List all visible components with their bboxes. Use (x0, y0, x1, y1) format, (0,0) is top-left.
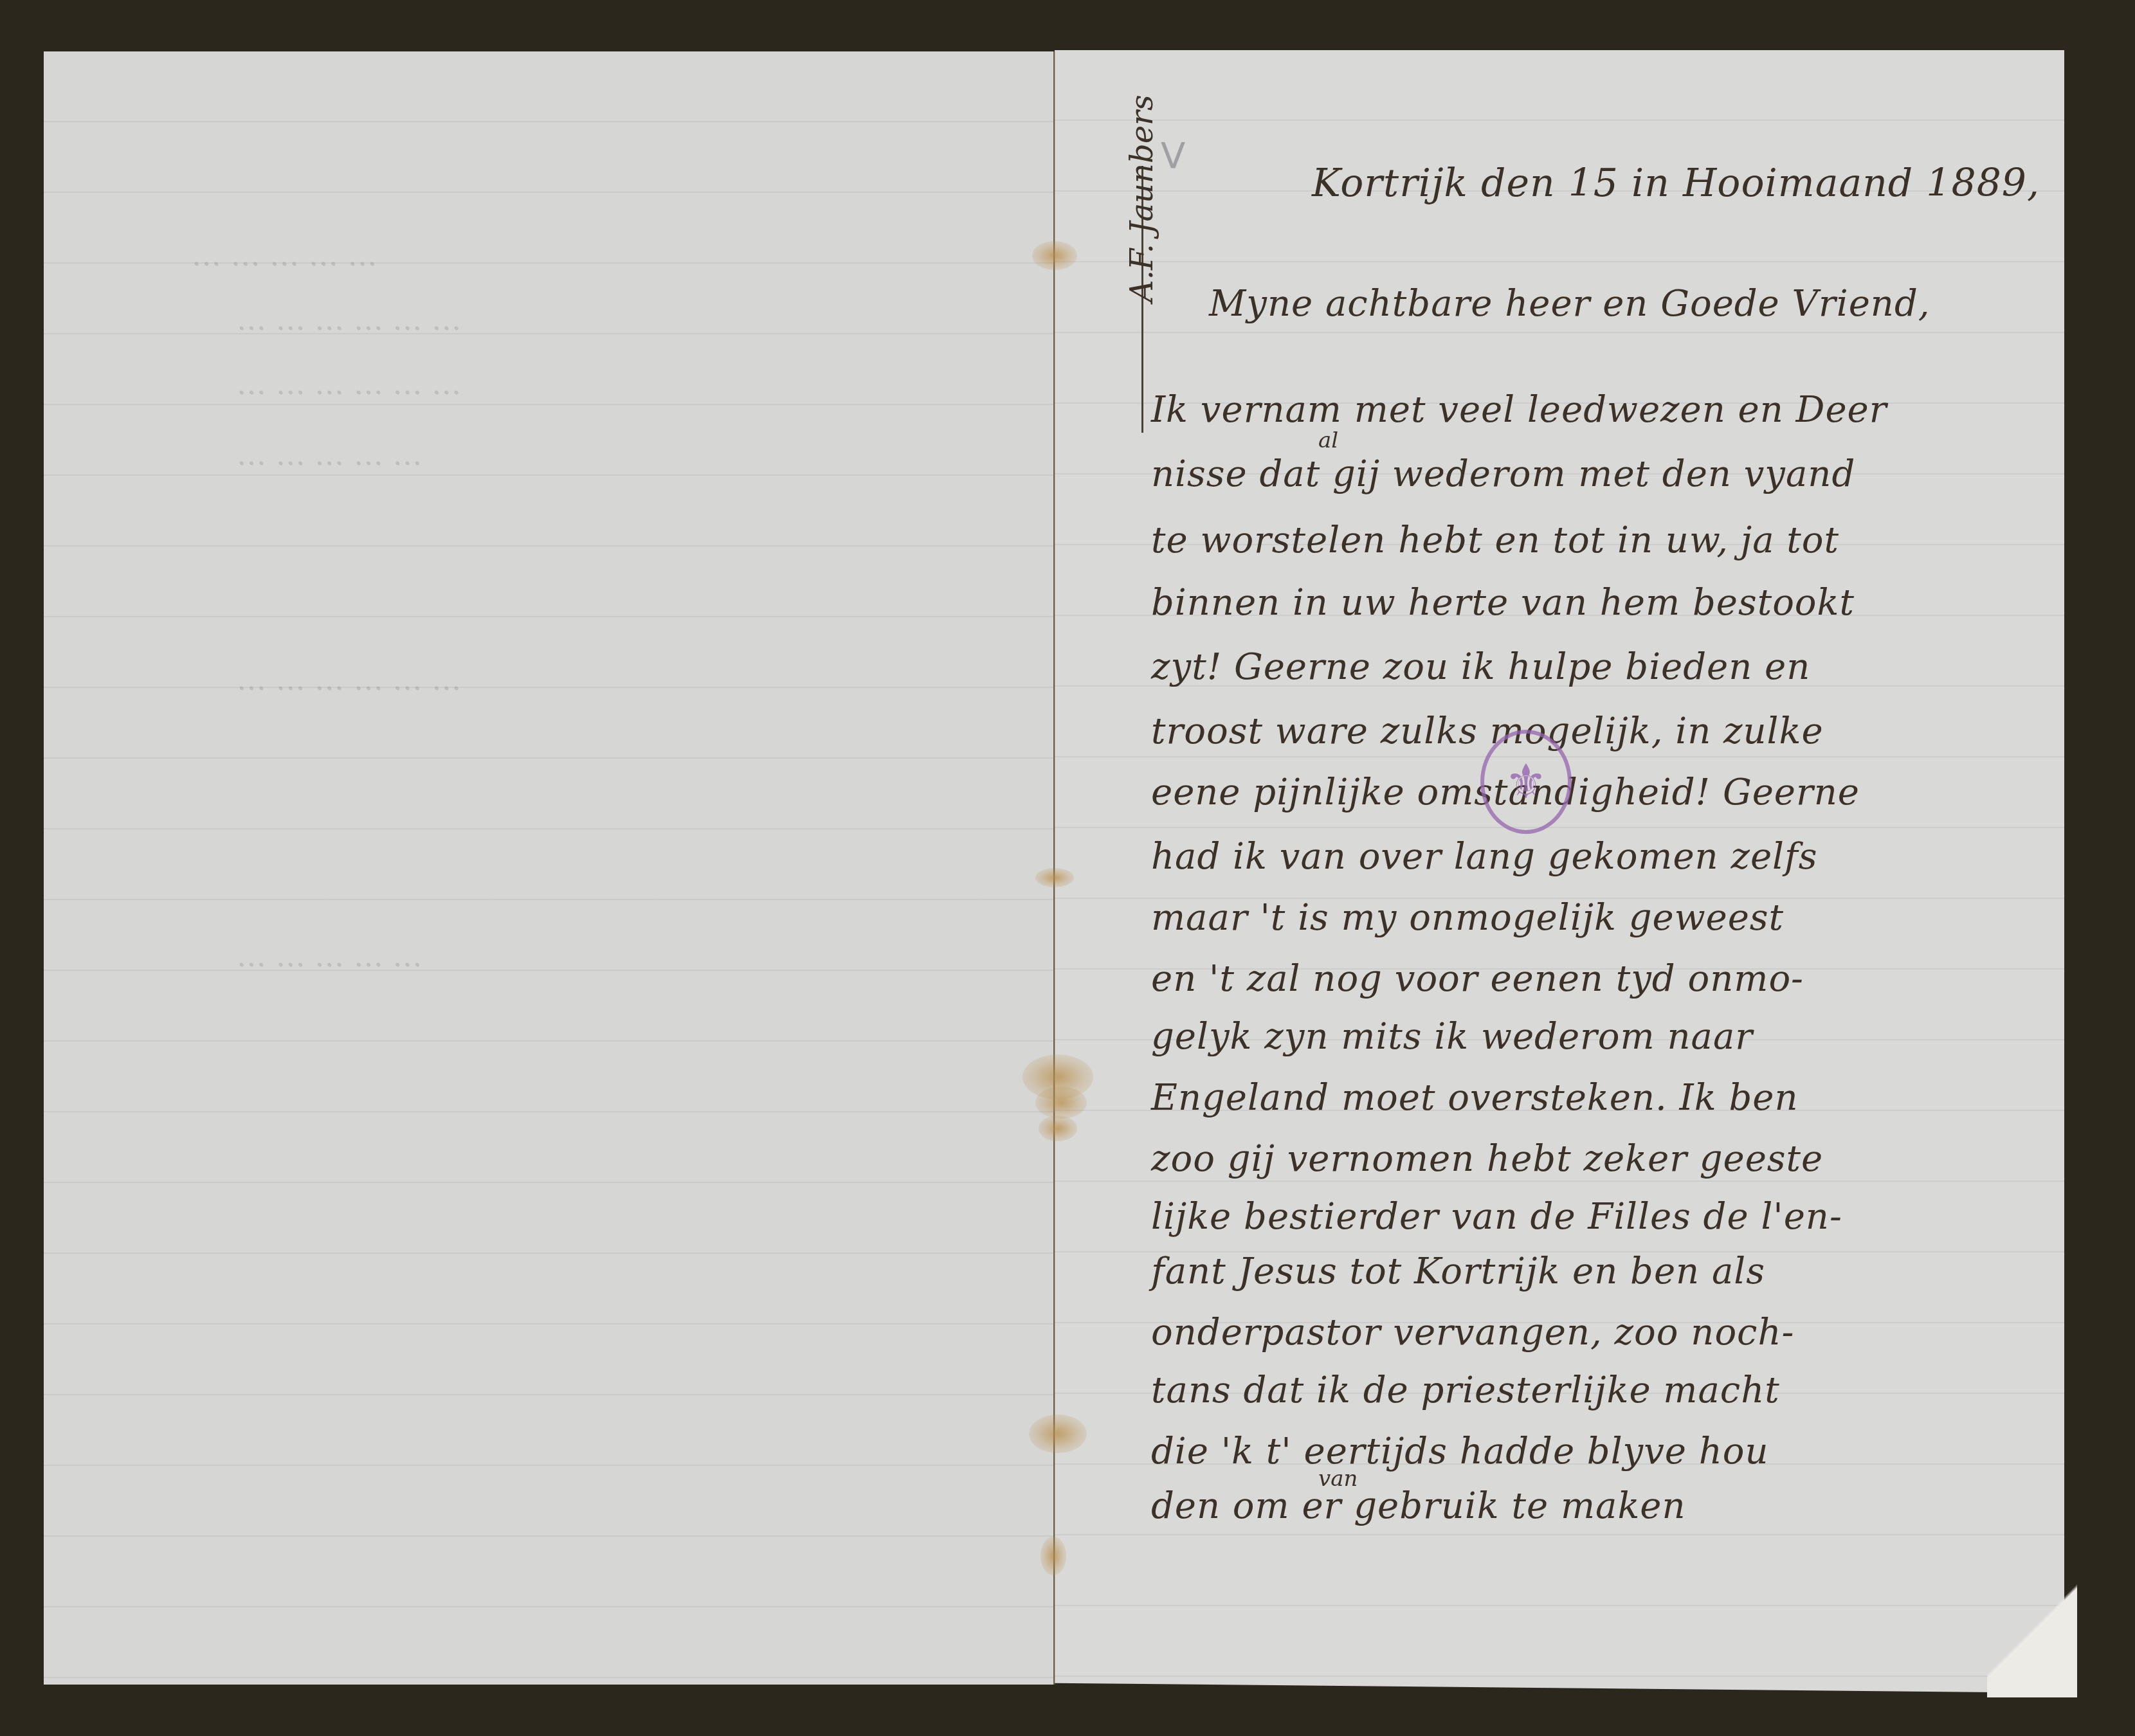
fleur-de-lis-icon: ⚜ (1505, 754, 1547, 809)
letter-body-line: binnen in uw herte van hem bestookt (1151, 582, 2051, 624)
letter-body-line: zoo gij vernomen hebt zeker geeste (1151, 1138, 2051, 1180)
interlinear-insert: al (1318, 428, 1338, 453)
bleed-through-line: … … … … … … (237, 302, 461, 337)
foxing-stain (1035, 868, 1074, 887)
bleed-through-line: … … … … … (237, 437, 422, 472)
letter-body-line: tans dat ik de priesterlijke macht (1151, 1370, 2051, 1411)
folded-corner (1987, 1569, 2077, 1697)
margin-signature: A.F. Jaunbers (1124, 95, 1160, 302)
letter-body-line: den om er gebruik te maken (1151, 1485, 2051, 1527)
letter-body-line: nisse dat gij wederom met den vyand (1151, 453, 2051, 495)
bleed-through-line: … … … … … … (237, 366, 461, 401)
bleed-through-line: … … … … … (237, 939, 422, 973)
letter-body-line: had ik van over lang gekomen zelfs (1151, 836, 2051, 878)
foxing-stain (1032, 241, 1077, 270)
ink-stamp: ⚜ (1480, 730, 1572, 834)
bleed-through-line: … … … … … (192, 238, 377, 273)
letter-body-line: en 't zal nog voor eenen tyd onmo- (1151, 958, 2051, 1000)
foxing-stain (1029, 1415, 1087, 1453)
letter-body-line: maar 't is my onmogelijk geweest (1151, 897, 2051, 939)
foxing-stain (1035, 1087, 1087, 1119)
letter-salutation: Myne achtbare heer en Goede Vriend, (1209, 283, 1931, 325)
letter-body-line: troost ware zulks mogelijk, in zulke (1151, 710, 2051, 752)
letter-body-line: gelyk zyn mits ik wederom naar (1151, 1016, 2051, 1058)
letter-body-line: eene pijnlijke omstandigheid! Geerne (1151, 772, 2051, 813)
letter-body-line: zyt! Geerne zou ik hulpe bieden en (1151, 646, 2051, 688)
bleed-through-line: … … … … … … (237, 662, 461, 697)
foxing-stain (1039, 1116, 1077, 1141)
letter-body-line: Engeland moet oversteken. Ik ben (1151, 1077, 2051, 1119)
letter-body-line: die 'k t' eertijds hadde blyve hou (1151, 1431, 2051, 1472)
letter-body-line: fant Jesus tot Kortrijk en ben als (1151, 1251, 2051, 1292)
document-scan: … … … … … … … … … … … … … … … … … … … … … (0, 0, 2135, 1736)
foxing-stain (1040, 1537, 1066, 1575)
letter-dateline: Kortrijk den 15 in Hooimaand 1889, (1312, 161, 2040, 206)
letter-body-line: Ik vernam met veel leedwezen en Deer (1151, 389, 2051, 431)
margin-check-mark: V (1161, 135, 1185, 177)
letter-body-line: lijke bestierder van de Filles de l'en- (1151, 1196, 2051, 1238)
left-page: … … … … … … … … … … … … … … … … … … … … … (44, 51, 1053, 1685)
interlinear-insert: van (1318, 1466, 1358, 1492)
letter-body-line: te worstelen hebt en tot in uw, ja tot (1151, 520, 2051, 561)
letter-body-line: onderpastor vervangen, zoo noch- (1151, 1312, 2051, 1353)
